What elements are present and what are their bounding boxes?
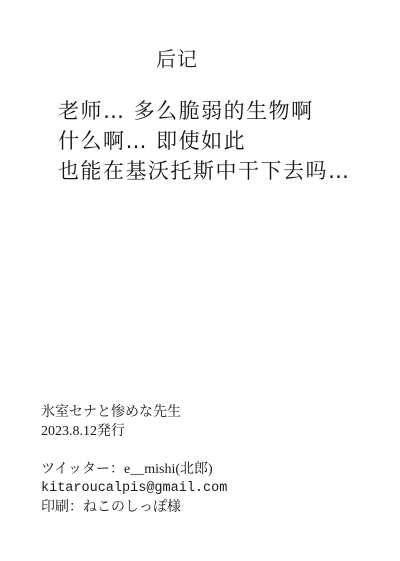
colophon: 氷室セナと惨めな先生 2023.8.12発行 ツイッター：e__mishi(北郎…	[41, 403, 227, 517]
afterword-page: 后记 老师… 多么脆弱的生物啊 什么啊… 即使如此 也能在基沃托斯中干下去吗… …	[0, 0, 400, 561]
publish-date: 2023.8.12発行	[41, 422, 227, 441]
contact-email: kitaroucalpis@gmail.com	[41, 479, 227, 498]
afterword-line-1: 老师… 多么脆弱的生物啊	[58, 96, 351, 126]
printer-credit: 印刷：ねこのしっぽ様	[41, 498, 227, 517]
twitter-handle: ツイッター：e__mishi(北郎)	[41, 460, 227, 479]
afterword-title: 后记	[156, 46, 198, 72]
book-title: 氷室セナと惨めな先生	[41, 403, 227, 422]
afterword-line-3: 也能在基沃托斯中干下去吗…	[58, 156, 351, 186]
colophon-spacer	[41, 441, 227, 460]
afterword-body: 老师… 多么脆弱的生物啊 什么啊… 即使如此 也能在基沃托斯中干下去吗…	[58, 96, 351, 186]
afterword-line-2: 什么啊… 即使如此	[58, 126, 351, 156]
